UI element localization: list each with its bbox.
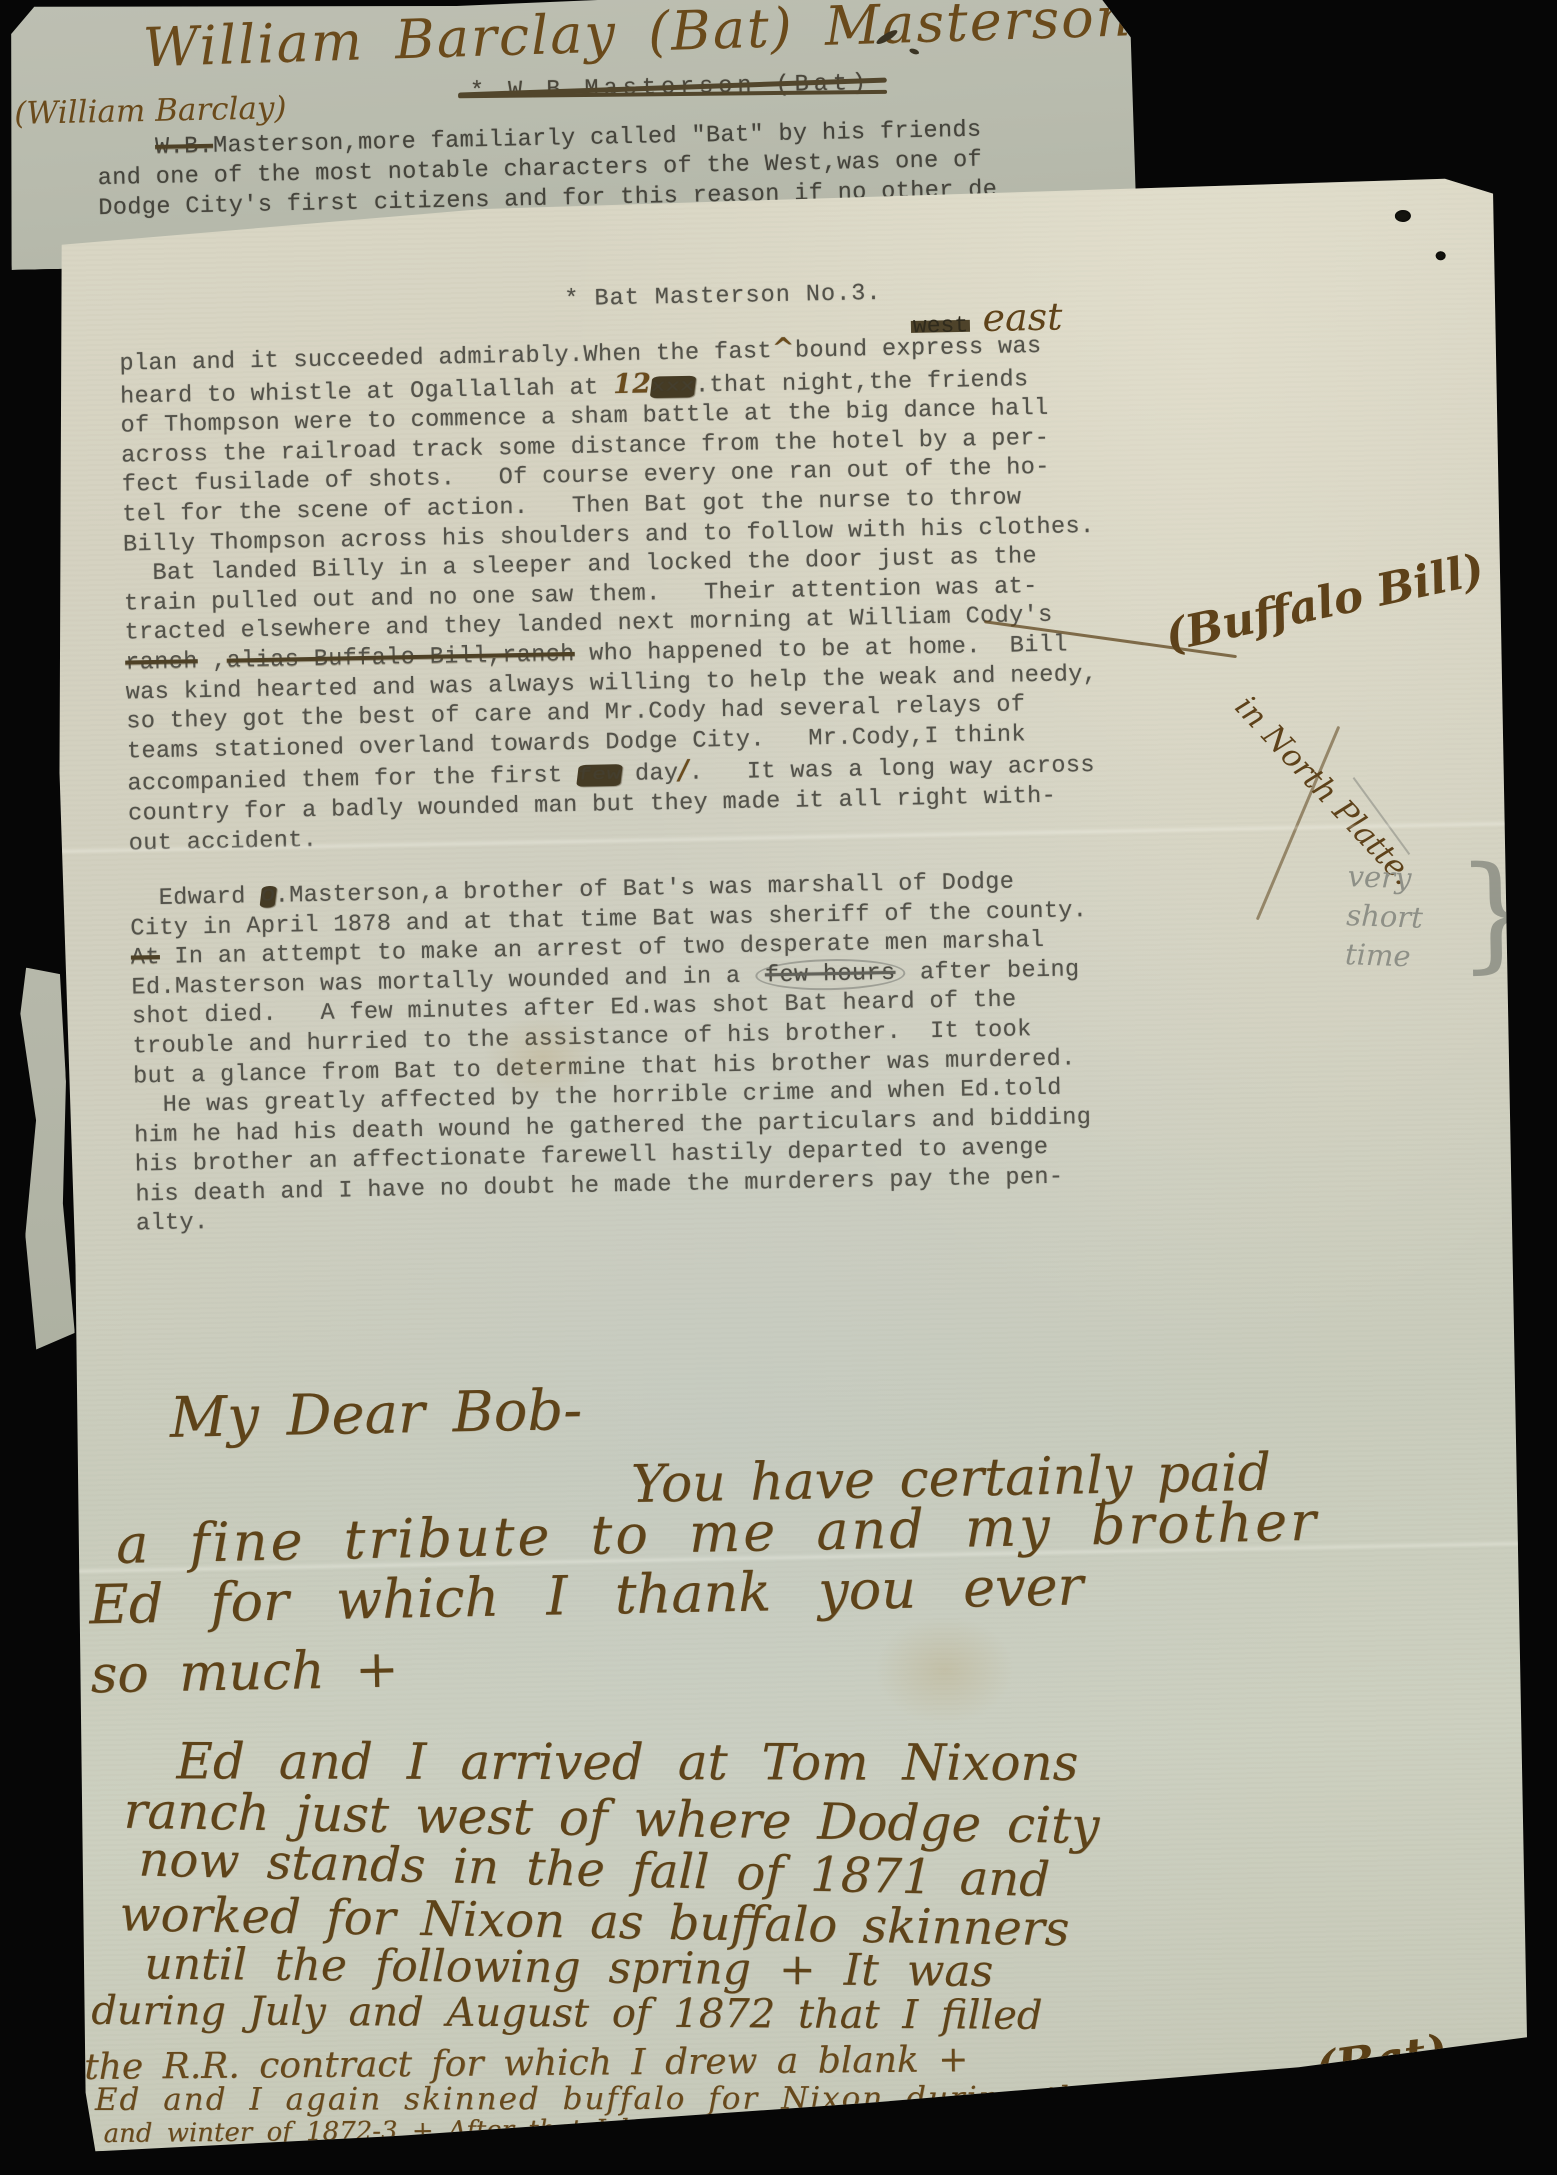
handwritten-letter: My Dear Bob-You have certainly paida fin… — [46, 154, 1532, 2151]
struck-typed-heading: * W.B.Masterson (Bat) — [470, 70, 872, 105]
letter-line: Ed and I arrived at Tom Nixons — [176, 1732, 1078, 1792]
handwritten-title: William Barclay (Bat) Masterson — [142, 0, 1133, 79]
document-photo: William Barclay (Bat) Masterson * W.B.Ma… — [0, 0, 1557, 2175]
letter-line: during July and August of 1872 that I fi… — [91, 1988, 1042, 2039]
typed-text — [97, 134, 156, 162]
margin-handwritten-note: (William Barclay) — [14, 90, 287, 132]
torn-paper-edge — [16, 966, 75, 1349]
letter-line: and winter of 1872-3 + After that I hunt… — [103, 2112, 901, 2149]
ink-struck-text: W.B. — [155, 133, 214, 161]
letter-line: so much + — [90, 1640, 399, 1706]
letter-line: My Dear Bob- — [169, 1378, 583, 1451]
front-page-sheet: * Bat Masterson No.3. west east plan and… — [46, 154, 1532, 2151]
letter-line: Ed and I again skinned buffalo for Nixon… — [95, 2080, 1181, 2118]
